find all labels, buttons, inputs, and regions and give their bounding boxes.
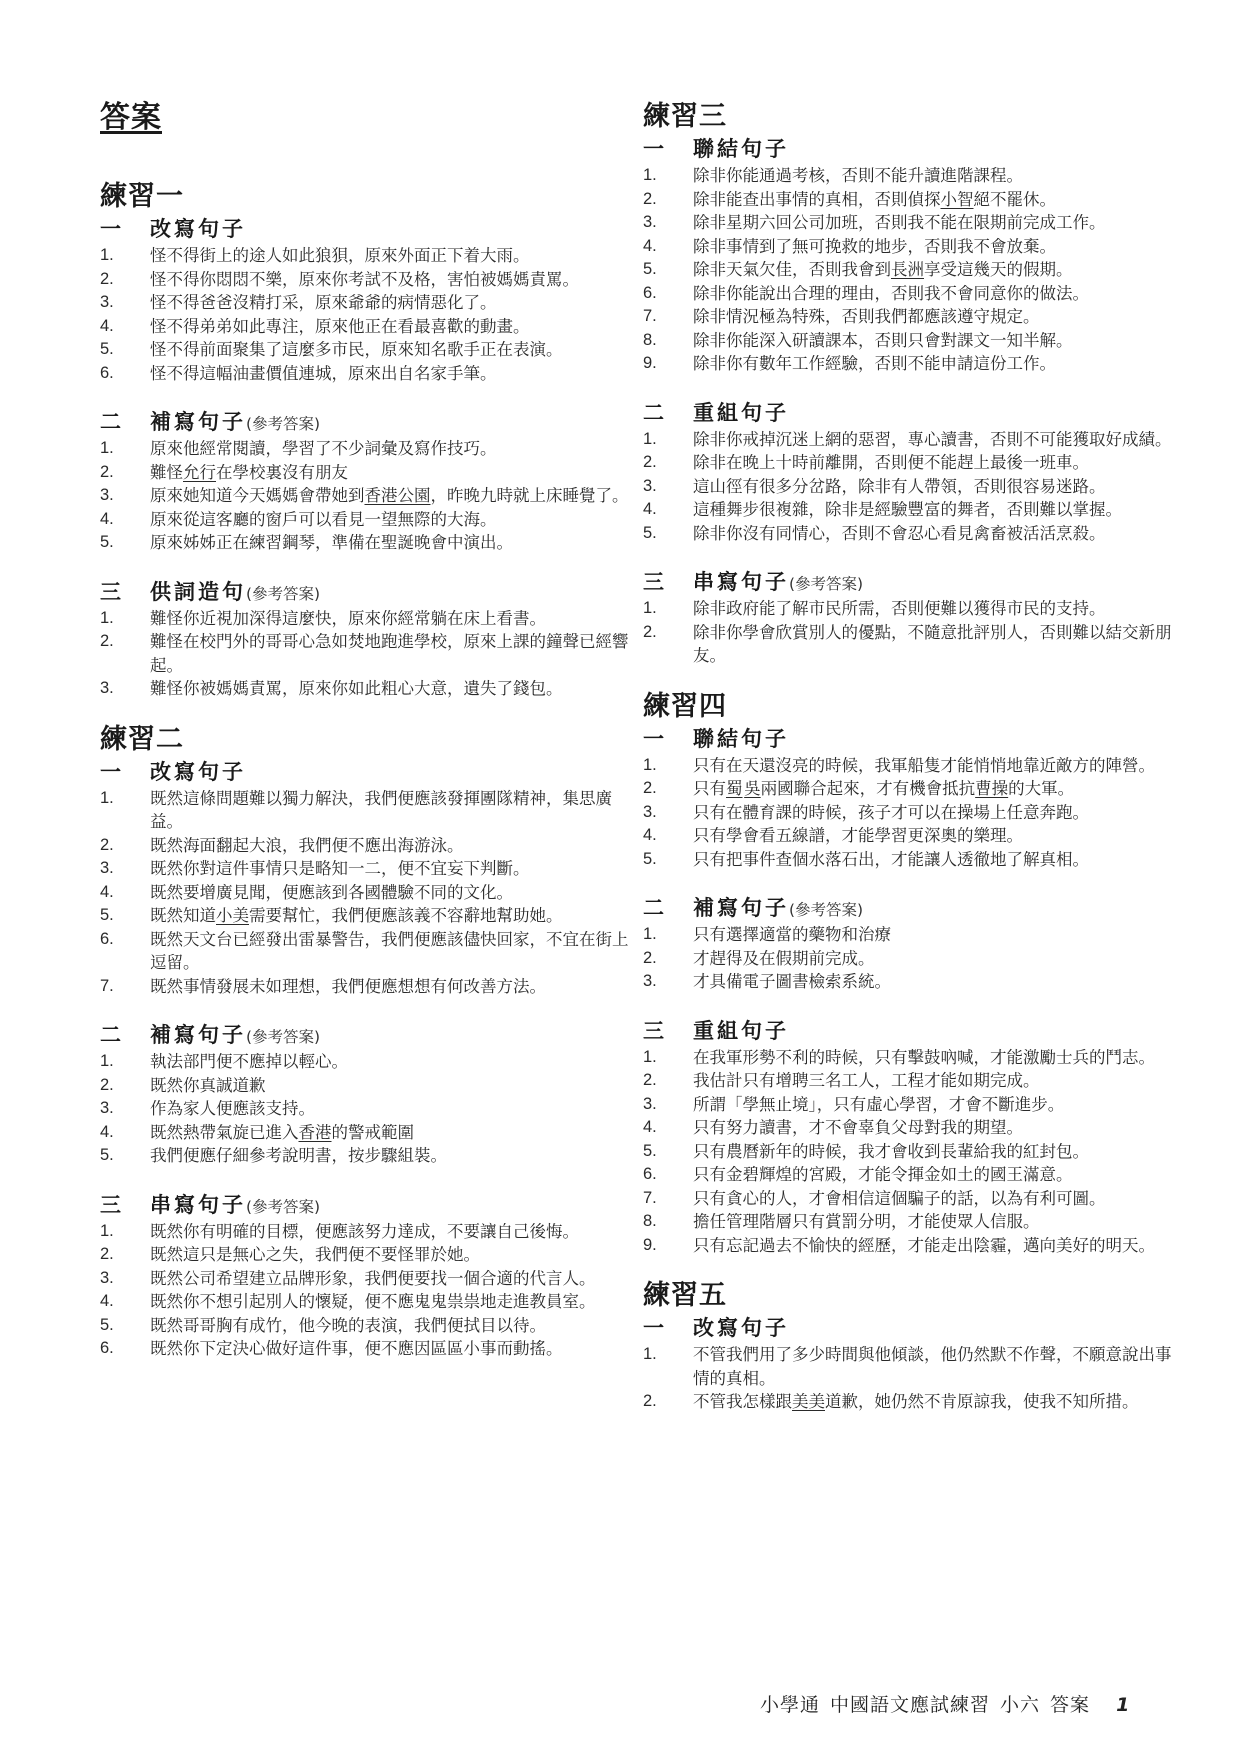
item-text: 只有學會看五線譜，才能學習更深奧的樂理。 bbox=[693, 824, 1173, 848]
answer-item: 5.只有把事件查個水落石出，才能讓人透徹地了解真相。 bbox=[643, 848, 1173, 872]
answer-item: 3.這山徑有很多分岔路，除非有人帶領，否則很容易迷路。 bbox=[643, 475, 1173, 499]
answer-item: 2.才趕得及在假期前完成。 bbox=[643, 947, 1173, 971]
item-text: 既然熱帶氣旋已進入香港的警戒範圍 bbox=[150, 1121, 630, 1145]
answer-item: 2.怪不得你悶悶不樂，原來你考試不及格，害怕被媽媽責罵。 bbox=[100, 268, 630, 292]
item-text: 怪不得街上的途人如此狼狽，原來外面正下着大雨。 bbox=[150, 244, 630, 268]
item-number: 6. bbox=[643, 282, 693, 306]
item-text: 原來姊姊正在練習鋼琴，準備在聖誕晚會中演出。 bbox=[150, 531, 630, 555]
section-title-text: 串寫句子 bbox=[150, 1193, 246, 1217]
answer-item: 1.不管我們用了多少時間與他傾談，他仍然默不作聲，不願意說出事情的真相。 bbox=[643, 1343, 1173, 1390]
section-title-text: 補寫句子 bbox=[150, 410, 246, 434]
answer-item: 6.既然你下定決心做好這件事，便不應因區區小事而動搖。 bbox=[100, 1337, 630, 1361]
section-complete: 二 補寫句子(參考答案) 1.原來他經常閱讀，學習了不少詞彙及寫作技巧。 2.難… bbox=[100, 407, 630, 555]
section-heading: 三 重組句子 bbox=[643, 1016, 1173, 1046]
section-title-text: 補寫句子 bbox=[693, 896, 789, 920]
section-heading: 三 串寫句子(參考答案) bbox=[100, 1190, 630, 1220]
answer-item: 1.原來他經常閱讀，學習了不少詞彙及寫作技巧。 bbox=[100, 437, 630, 461]
item-text: 不管我怎樣跟美美道歉，她仍然不肯原諒我，使我不知所措。 bbox=[693, 1390, 1173, 1414]
item-number: 3. bbox=[643, 1093, 693, 1117]
item-number: 1. bbox=[100, 244, 150, 268]
answer-list: 1.只有選擇適當的藥物和治療 2.才趕得及在假期前完成。 3.才具備電子圖書檢索… bbox=[643, 923, 1173, 994]
section-rewrite: 一 改寫句子 1.不管我們用了多少時間與他傾談，他仍然默不作聲，不願意說出事情的… bbox=[643, 1313, 1173, 1414]
answer-item: 1.難怪你近視加深得這麼快，原來你經常躺在床上看書。 bbox=[100, 607, 630, 631]
item-number: 3. bbox=[643, 475, 693, 499]
item-text: 既然你下定決心做好這件事，便不應因區區小事而動搖。 bbox=[150, 1337, 630, 1361]
answer-item: 2.既然這只是無心之失，我們便不要怪罪於她。 bbox=[100, 1243, 630, 1267]
item-text: 只有把事件查個水落石出，才能讓人透徹地了解真相。 bbox=[693, 848, 1173, 872]
reference-note: (參考答案) bbox=[246, 1198, 320, 1216]
item-number: 4. bbox=[100, 1290, 150, 1314]
proper-noun: 吳 bbox=[744, 779, 761, 798]
item-text: 除非政府能了解市民所需，否則便難以獲得市民的支持。 bbox=[693, 597, 1173, 621]
answer-item: 1.在我軍形勢不利的時候，只有擊鼓吶喊，才能激勵士兵的鬥志。 bbox=[643, 1046, 1173, 1070]
item-number: 6. bbox=[100, 1337, 150, 1361]
answer-item: 1.執法部門便不應掉以輕心。 bbox=[100, 1050, 630, 1074]
item-number: 4. bbox=[643, 498, 693, 522]
answer-list: 1.只有在天還沒亮的時候，我軍船隻才能悄悄地靠近敵方的陣營。 2.只有蜀 吳兩國… bbox=[643, 754, 1173, 872]
item-number: 1. bbox=[100, 437, 150, 461]
answer-item: 3.作為家人便應該支持。 bbox=[100, 1097, 630, 1121]
item-number: 1. bbox=[643, 1046, 693, 1070]
answer-item: 7.只有貪心的人，才會相信這個騙子的話，以為有利可圖。 bbox=[643, 1187, 1173, 1211]
item-number: 3. bbox=[100, 1267, 150, 1291]
answer-item: 1.除非你戒掉沉迷上網的惡習，專心讀書，否則不可能獲取好成績。 bbox=[643, 428, 1173, 452]
item-text: 只有在天還沒亮的時候，我軍船隻才能悄悄地靠近敵方的陣營。 bbox=[693, 754, 1173, 778]
section-make-sentences: 三 供詞造句(參考答案) 1.難怪你近視加深得這麼快，原來你經常躺在床上看書。 … bbox=[100, 577, 630, 701]
item-text: 既然哥哥胸有成竹，他今晚的表演，我們便拭目以待。 bbox=[150, 1314, 630, 1338]
item-text: 既然這只是無心之失，我們便不要怪罪於她。 bbox=[150, 1243, 630, 1267]
footer-grade: 小六 bbox=[1000, 1690, 1040, 1717]
item-text: 既然天文台已經發出雷暴警告，我們便應該儘快回家，不宜在街上逗留。 bbox=[150, 928, 630, 975]
item-number: 5. bbox=[643, 258, 693, 282]
section-complete: 二 補寫句子(參考答案) 1.只有選擇適當的藥物和治療 2.才趕得及在假期前完成… bbox=[643, 893, 1173, 994]
item-text: 既然你對這件事情只是略知一二，便不宜妄下判斷。 bbox=[150, 857, 630, 881]
answer-item: 2.只有蜀 吳兩國聯合起來，才有機會抵抗曹操的大軍。 bbox=[643, 777, 1173, 801]
answer-item: 1.除非政府能了解市民所需，否則便難以獲得市民的支持。 bbox=[643, 597, 1173, 621]
section-number: 三 bbox=[100, 577, 150, 607]
section-number: 一 bbox=[643, 1313, 693, 1343]
answer-item: 5.既然知道小美需要幫忙，我們便應該義不容辭地幫助她。 bbox=[100, 904, 630, 928]
item-text: 我估計只有增聘三名工人，工程才能如期完成。 bbox=[693, 1069, 1173, 1093]
item-number: 2. bbox=[100, 1243, 150, 1267]
answer-item: 1.既然你有明確的目標，便應該努力達成，不要讓自己後悔。 bbox=[100, 1220, 630, 1244]
item-text: 擔任管理階層只有賞罰分明，才能使眾人信服。 bbox=[693, 1210, 1173, 1234]
section-link-sentences: 一 聯結句子 1.除非你能通過考核，否則不能升讀進階課程。 2.除非能查出事情的… bbox=[643, 134, 1173, 376]
exercise-title: 練習一 bbox=[100, 180, 630, 214]
answer-list: 1.難怪你近視加深得這麼快，原來你經常躺在床上看書。 2.難怪在校門外的哥哥心急… bbox=[100, 607, 630, 701]
item-text: 只有努力讀書，才不會辜負父母對我的期望。 bbox=[693, 1116, 1173, 1140]
answer-item: 2.既然海面翻起大浪，我們便不應出海游泳。 bbox=[100, 834, 630, 858]
item-text: 怪不得你悶悶不樂，原來你考試不及格，害怕被媽媽責罵。 bbox=[150, 268, 630, 292]
footer-series: 小學通 bbox=[760, 1690, 820, 1717]
item-text: 只有農曆新年的時候，我才會收到長輩給我的紅封包。 bbox=[693, 1140, 1173, 1164]
section-number: 一 bbox=[100, 214, 150, 244]
item-text: 怪不得這幅油畫價值連城，原來出自名家手筆。 bbox=[150, 362, 630, 386]
section-title: 串寫句子(參考答案) bbox=[693, 567, 863, 599]
page-number: 1 bbox=[1116, 1694, 1130, 1716]
item-number: 3. bbox=[643, 211, 693, 235]
page-title: 答案 bbox=[100, 100, 630, 136]
item-number: 4. bbox=[100, 1121, 150, 1145]
answer-item: 1.只有在天還沒亮的時候，我軍船隻才能悄悄地靠近敵方的陣營。 bbox=[643, 754, 1173, 778]
exercise-1: 練習一 一 改寫句子 1.怪不得街上的途人如此狼狽，原來外面正下着大雨。 2.怪… bbox=[100, 180, 630, 701]
reference-note: (參考答案) bbox=[789, 901, 863, 919]
section-number: 三 bbox=[643, 1016, 693, 1046]
item-text: 既然你真誠道歉 bbox=[150, 1074, 630, 1098]
item-number: 8. bbox=[643, 329, 693, 353]
item-text: 除非你有數年工作經驗，否則不能申請這份工作。 bbox=[693, 352, 1173, 376]
item-text: 既然要增廣見聞，便應該到各國體驗不同的文化。 bbox=[150, 881, 630, 905]
section-number: 一 bbox=[100, 757, 150, 787]
item-text: 難怪你近視加深得這麼快，原來你經常躺在床上看書。 bbox=[150, 607, 630, 631]
proper-noun: 長洲 bbox=[891, 260, 924, 279]
answer-item: 4.只有努力讀書，才不會辜負父母對我的期望。 bbox=[643, 1116, 1173, 1140]
footer-book-title: 中國語文應試練習 bbox=[830, 1690, 990, 1717]
answer-item: 9.除非你有數年工作經驗，否則不能申請這份工作。 bbox=[643, 352, 1173, 376]
answer-item: 5.原來姊姊正在練習鋼琴，準備在聖誕晚會中演出。 bbox=[100, 531, 630, 555]
item-number: 1. bbox=[643, 597, 693, 621]
section-heading: 二 補寫句子(參考答案) bbox=[643, 893, 1173, 923]
section-title-text: 供詞造句 bbox=[150, 580, 246, 604]
answer-item: 3.所謂「學無止境」，只有虛心學習，才會不斷進步。 bbox=[643, 1093, 1173, 1117]
section-heading: 二 重組句子 bbox=[643, 398, 1173, 428]
section-title: 改寫句子 bbox=[150, 214, 246, 244]
section-heading: 一 改寫句子 bbox=[100, 757, 630, 787]
exercise-3: 練習三 一 聯結句子 1.除非你能通過考核，否則不能升讀進階課程。 2.除非能查… bbox=[643, 100, 1173, 668]
proper-noun: 小智 bbox=[941, 190, 974, 209]
answer-list: 1.原來他經常閱讀，學習了不少詞彙及寫作技巧。 2.難怪允行在學校裏沒有朋友 3… bbox=[100, 437, 630, 555]
exercise-5: 練習五 一 改寫句子 1.不管我們用了多少時間與他傾談，他仍然默不作聲，不願意說… bbox=[643, 1279, 1173, 1414]
item-text: 除非能查出事情的真相，否則偵探小智絕不罷休。 bbox=[693, 188, 1173, 212]
section-heading: 二 補寫句子(參考答案) bbox=[100, 1020, 630, 1050]
item-text: 既然你有明確的目標，便應該努力達成，不要讓自己後悔。 bbox=[150, 1220, 630, 1244]
answer-item: 4.既然熱帶氣旋已進入香港的警戒範圍 bbox=[100, 1121, 630, 1145]
answer-list: 1.不管我們用了多少時間與他傾談，他仍然默不作聲，不願意說出事情的真相。 2.不… bbox=[643, 1343, 1173, 1414]
item-number: 3. bbox=[100, 857, 150, 881]
answer-item: 4.原來從這客廳的窗戶可以看見一望無際的大海。 bbox=[100, 508, 630, 532]
item-number: 4. bbox=[100, 881, 150, 905]
answer-item: 3.除非星期六回公司加班，否則我不能在限期前完成工作。 bbox=[643, 211, 1173, 235]
answer-item: 4.除非事情到了無可挽救的地步，否則我不會放棄。 bbox=[643, 235, 1173, 259]
item-text: 怪不得前面聚集了這麼多市民，原來知名歌手正在表演。 bbox=[150, 338, 630, 362]
item-number: 3. bbox=[643, 801, 693, 825]
item-number: 6. bbox=[100, 362, 150, 386]
answer-item: 3.難怪你被媽媽責罵，原來你如此粗心大意，遺失了錢包。 bbox=[100, 677, 630, 701]
item-number: 4. bbox=[100, 508, 150, 532]
proper-noun: 小美 bbox=[216, 906, 249, 925]
answer-item: 5.我們便應仔細參考說明書，按步驟組裝。 bbox=[100, 1144, 630, 1168]
item-text: 除非你能說出合理的理由，否則我不會同意你的做法。 bbox=[693, 282, 1173, 306]
section-combine-write: 三 串寫句子(參考答案) 1.既然你有明確的目標，便應該努力達成，不要讓自己後悔… bbox=[100, 1190, 630, 1361]
item-number: 1. bbox=[643, 1343, 693, 1390]
item-text: 除非你學會欣賞別人的優點，不隨意批評別人，否則難以結交新朋友。 bbox=[693, 621, 1173, 668]
item-text: 這種舞步很複雜，除非是經驗豐富的舞者，否則難以掌握。 bbox=[693, 498, 1173, 522]
section-title: 聯結句子 bbox=[693, 134, 789, 164]
item-text: 除非你能深入研讀課本，否則只會對課文一知半解。 bbox=[693, 329, 1173, 353]
item-text: 既然海面翻起大浪，我們便不應出海游泳。 bbox=[150, 834, 630, 858]
section-number: 二 bbox=[100, 407, 150, 437]
exercise-title: 練習二 bbox=[100, 723, 630, 757]
answer-item: 2.不管我怎樣跟美美道歉，她仍然不肯原諒我，使我不知所措。 bbox=[643, 1390, 1173, 1414]
item-number: 8. bbox=[643, 1210, 693, 1234]
item-number: 1. bbox=[100, 607, 150, 631]
item-text: 只有選擇適當的藥物和治療 bbox=[693, 923, 1173, 947]
item-number: 1. bbox=[643, 754, 693, 778]
answer-item: 2.難怪允行在學校裏沒有朋友 bbox=[100, 461, 630, 485]
item-text: 難怪在校門外的哥哥心急如焚地跑進學校，原來上課的鐘聲已經響起。 bbox=[150, 630, 630, 677]
answer-item: 3.怪不得爸爸沒精打采，原來爺爺的病情惡化了。 bbox=[100, 291, 630, 315]
section-number: 一 bbox=[643, 724, 693, 754]
item-number: 9. bbox=[643, 1234, 693, 1258]
item-text: 原來她知道今天媽媽會帶她到香港公園，昨晚九時就上床睡覺了。 bbox=[150, 484, 630, 508]
proper-noun: 香港公園 bbox=[365, 486, 431, 505]
item-number: 4. bbox=[100, 315, 150, 339]
exercise-2: 練習二 一 改寫句子 1.既然這條問題難以獨力解決，我們便應該發揮團隊精神，集思… bbox=[100, 723, 630, 1361]
item-text: 除非在晚上十時前離開，否則便不能趕上最後一班車。 bbox=[693, 451, 1173, 475]
answer-item: 3.才具備電子圖書檢索系統。 bbox=[643, 970, 1173, 994]
reference-note: (參考答案) bbox=[789, 575, 863, 593]
answer-item: 1.既然這條問題難以獨力解決，我們便應該發揮團隊精神，集思廣益。 bbox=[100, 787, 630, 834]
answer-item: 1.除非你能通過考核，否則不能升讀進階課程。 bbox=[643, 164, 1173, 188]
proper-noun: 蜀 bbox=[726, 779, 743, 798]
item-number: 1. bbox=[643, 428, 693, 452]
section-title: 重組句子 bbox=[693, 1016, 789, 1046]
section-heading: 一 聯結句子 bbox=[643, 724, 1173, 754]
section-heading: 一 改寫句子 bbox=[643, 1313, 1173, 1343]
answer-item: 1.怪不得街上的途人如此狼狽，原來外面正下着大雨。 bbox=[100, 244, 630, 268]
section-title: 改寫句子 bbox=[150, 757, 246, 787]
item-number: 3. bbox=[100, 677, 150, 701]
item-number: 1. bbox=[100, 787, 150, 834]
item-number: 4. bbox=[643, 824, 693, 848]
item-number: 1. bbox=[100, 1050, 150, 1074]
answer-item: 3.原來她知道今天媽媽會帶她到香港公園，昨晚九時就上床睡覺了。 bbox=[100, 484, 630, 508]
section-number: 二 bbox=[643, 398, 693, 428]
answer-item: 9.只有忘記過去不愉快的經歷，才能走出陰霾，邁向美好的明天。 bbox=[643, 1234, 1173, 1258]
item-text: 除非你能通過考核，否則不能升讀進階課程。 bbox=[693, 164, 1173, 188]
exercise-title: 練習三 bbox=[643, 100, 1173, 134]
section-heading: 三 串寫句子(參考答案) bbox=[643, 567, 1173, 597]
item-number: 1. bbox=[100, 1220, 150, 1244]
answer-item: 5.怪不得前面聚集了這麼多市民，原來知名歌手正在表演。 bbox=[100, 338, 630, 362]
item-text: 既然你不想引起別人的懷疑，便不應鬼鬼祟祟地走進教員室。 bbox=[150, 1290, 630, 1314]
item-number: 5. bbox=[643, 522, 693, 546]
section-number: 二 bbox=[100, 1020, 150, 1050]
answer-item: 5.既然哥哥胸有成竹，他今晚的表演，我們便拭目以待。 bbox=[100, 1314, 630, 1338]
item-text: 作為家人便應該支持。 bbox=[150, 1097, 630, 1121]
section-link-sentences: 一 聯結句子 1.只有在天還沒亮的時候，我軍船隻才能悄悄地靠近敵方的陣營。 2.… bbox=[643, 724, 1173, 872]
item-text: 既然公司希望建立品牌形象，我們便要找一個合適的代言人。 bbox=[150, 1267, 630, 1291]
section-title-text: 串寫句子 bbox=[693, 570, 789, 594]
item-text: 原來從這客廳的窗戶可以看見一望無際的大海。 bbox=[150, 508, 630, 532]
item-number: 5. bbox=[100, 1144, 150, 1168]
section-title: 補寫句子(參考答案) bbox=[693, 893, 863, 925]
reference-note: (參考答案) bbox=[246, 585, 320, 603]
answer-item: 5.只有農曆新年的時候，我才會收到長輩給我的紅封包。 bbox=[643, 1140, 1173, 1164]
answer-item: 2.除非在晚上十時前離開，否則便不能趕上最後一班車。 bbox=[643, 451, 1173, 475]
item-text: 只有貪心的人，才會相信這個騙子的話，以為有利可圖。 bbox=[693, 1187, 1173, 1211]
item-text: 怪不得弟弟如此專注，原來他正在看最喜歡的動畫。 bbox=[150, 315, 630, 339]
answer-item: 3.只有在體育課的時候，孩子才可以在操場上任意奔跑。 bbox=[643, 801, 1173, 825]
section-heading: 三 供詞造句(參考答案) bbox=[100, 577, 630, 607]
item-number: 5. bbox=[100, 904, 150, 928]
answer-item: 3.既然公司希望建立品牌形象，我們便要找一個合適的代言人。 bbox=[100, 1267, 630, 1291]
section-rewrite: 一 改寫句子 1.既然這條問題難以獨力解決，我們便應該發揮團隊精神，集思廣益。 … bbox=[100, 757, 630, 999]
answer-item: 8.除非你能深入研讀課本，否則只會對課文一知半解。 bbox=[643, 329, 1173, 353]
section-number: 一 bbox=[643, 134, 693, 164]
answer-item: 6.怪不得這幅油畫價值連城，原來出自名家手筆。 bbox=[100, 362, 630, 386]
item-number: 3. bbox=[100, 484, 150, 508]
answer-item: 7.既然事情發展未如理想，我們便應想想有何改善方法。 bbox=[100, 975, 630, 999]
answer-item: 3.既然你對這件事情只是略知一二，便不宜妄下判斷。 bbox=[100, 857, 630, 881]
item-number: 2. bbox=[643, 621, 693, 668]
section-title: 供詞造句(參考答案) bbox=[150, 577, 320, 609]
item-text: 既然這條問題難以獨力解決，我們便應該發揮團隊精神，集思廣益。 bbox=[150, 787, 630, 834]
item-text: 才趕得及在假期前完成。 bbox=[693, 947, 1173, 971]
section-title: 補寫句子(參考答案) bbox=[150, 1020, 320, 1052]
item-text: 既然事情發展未如理想，我們便應想想有何改善方法。 bbox=[150, 975, 630, 999]
item-number: 4. bbox=[643, 1116, 693, 1140]
answer-item: 4.既然要增廣見聞，便應該到各國體驗不同的文化。 bbox=[100, 881, 630, 905]
item-text: 除非天氣欠佳，否則我會到長洲享受這幾天的假期。 bbox=[693, 258, 1173, 282]
section-title: 改寫句子 bbox=[693, 1313, 789, 1343]
item-number: 7. bbox=[643, 1187, 693, 1211]
answer-item: 2.除非能查出事情的真相，否則偵探小智絕不罷休。 bbox=[643, 188, 1173, 212]
item-number: 2. bbox=[100, 1074, 150, 1098]
item-number: 2. bbox=[100, 268, 150, 292]
item-text: 只有在體育課的時候，孩子才可以在操場上任意奔跑。 bbox=[693, 801, 1173, 825]
item-text: 除非你沒有同情心，否則不會忍心看見禽畜被活活烹殺。 bbox=[693, 522, 1173, 546]
answer-item: 6.除非你能說出合理的理由，否則我不會同意你的做法。 bbox=[643, 282, 1173, 306]
answer-item: 5.除非天氣欠佳，否則我會到長洲享受這幾天的假期。 bbox=[643, 258, 1173, 282]
item-number: 2. bbox=[643, 1390, 693, 1414]
item-number: 2. bbox=[643, 451, 693, 475]
item-text: 難怪允行在學校裏沒有朋友 bbox=[150, 461, 630, 485]
answer-item: 6.既然天文台已經發出雷暴警告，我們便應該儘快回家，不宜在街上逗留。 bbox=[100, 928, 630, 975]
exercise-4: 練習四 一 聯結句子 1.只有在天還沒亮的時候，我軍船隻才能悄悄地靠近敵方的陣營… bbox=[643, 690, 1173, 1258]
section-reorder: 三 重組句子 1.在我軍形勢不利的時候，只有擊鼓吶喊，才能激勵士兵的鬥志。 2.… bbox=[643, 1016, 1173, 1258]
section-title: 補寫句子(參考答案) bbox=[150, 407, 320, 439]
section-complete: 二 補寫句子(參考答案) 1.執法部門便不應掉以輕心。 2.既然你真誠道歉 3.… bbox=[100, 1020, 630, 1168]
left-column: 答案 練習一 一 改寫句子 1.怪不得街上的途人如此狼狽，原來外面正下着大雨。 … bbox=[100, 100, 630, 1383]
item-number: 7. bbox=[100, 975, 150, 999]
item-number: 2. bbox=[643, 1069, 693, 1093]
item-number: 3. bbox=[100, 291, 150, 315]
answer-item: 2.除非你學會欣賞別人的優點，不隨意批評別人，否則難以結交新朋友。 bbox=[643, 621, 1173, 668]
answer-item: 2.既然你真誠道歉 bbox=[100, 1074, 630, 1098]
section-combine-write: 三 串寫句子(參考答案) 1.除非政府能了解市民所需，否則便難以獲得市民的支持。… bbox=[643, 567, 1173, 668]
item-number: 7. bbox=[643, 305, 693, 329]
item-text: 在我軍形勢不利的時候，只有擊鼓吶喊，才能激勵士兵的鬥志。 bbox=[693, 1046, 1173, 1070]
item-text: 只有金碧輝煌的宮殿，才能令揮金如土的國王滿意。 bbox=[693, 1163, 1173, 1187]
answer-item: 4.既然你不想引起別人的懷疑，便不應鬼鬼祟祟地走進教員室。 bbox=[100, 1290, 630, 1314]
answer-item: 5.除非你沒有同情心，否則不會忍心看見禽畜被活活烹殺。 bbox=[643, 522, 1173, 546]
item-text: 除非情況極為特殊，否則我們都應該遵守規定。 bbox=[693, 305, 1173, 329]
answer-list: 1.執法部門便不應掉以輕心。 2.既然你真誠道歉 3.作為家人便應該支持。 4.… bbox=[100, 1050, 630, 1168]
section-number: 三 bbox=[643, 567, 693, 597]
section-number: 二 bbox=[643, 893, 693, 923]
item-text: 既然知道小美需要幫忙，我們便應該義不容辭地幫助她。 bbox=[150, 904, 630, 928]
item-text: 難怪你被媽媽責罵，原來你如此粗心大意，遺失了錢包。 bbox=[150, 677, 630, 701]
item-number: 3. bbox=[643, 970, 693, 994]
item-number: 2. bbox=[643, 947, 693, 971]
item-number: 6. bbox=[643, 1163, 693, 1187]
item-text: 不管我們用了多少時間與他傾談，他仍然默不作聲，不願意說出事情的真相。 bbox=[693, 1343, 1173, 1390]
item-number: 9. bbox=[643, 352, 693, 376]
item-text: 所謂「學無止境」，只有虛心學習，才會不斷進步。 bbox=[693, 1093, 1173, 1117]
item-text: 只有忘記過去不愉快的經歷，才能走出陰霾，邁向美好的明天。 bbox=[693, 1234, 1173, 1258]
item-text: 我們便應仔細參考說明書，按步驟組裝。 bbox=[150, 1144, 630, 1168]
item-text: 才具備電子圖書檢索系統。 bbox=[693, 970, 1173, 994]
section-heading: 一 聯結句子 bbox=[643, 134, 1173, 164]
item-text: 原來他經常閱讀，學習了不少詞彙及寫作技巧。 bbox=[150, 437, 630, 461]
answer-list: 1.既然你有明確的目標，便應該努力達成，不要讓自己後悔。 2.既然這只是無心之失… bbox=[100, 1220, 630, 1361]
section-title: 串寫句子(參考答案) bbox=[150, 1190, 320, 1222]
section-title: 聯結句子 bbox=[693, 724, 789, 754]
answer-list: 1.除非政府能了解市民所需，否則便難以獲得市民的支持。 2.除非你學會欣賞別人的… bbox=[643, 597, 1173, 668]
item-text: 這山徑有很多分岔路，除非有人帶領，否則很容易迷路。 bbox=[693, 475, 1173, 499]
item-number: 5. bbox=[643, 848, 693, 872]
item-text: 只有蜀 吳兩國聯合起來，才有機會抵抗曹操的大軍。 bbox=[693, 777, 1173, 801]
page-footer: 小學通 中國語文應試練習 小六 答案 1 bbox=[760, 1690, 1130, 1717]
answer-item: 4.怪不得弟弟如此專注，原來他正在看最喜歡的動畫。 bbox=[100, 315, 630, 339]
item-number: 5. bbox=[100, 338, 150, 362]
proper-noun: 美美 bbox=[792, 1392, 825, 1411]
item-number: 3. bbox=[100, 1097, 150, 1121]
answer-item: 2.難怪在校門外的哥哥心急如焚地跑進學校，原來上課的鐘聲已經響起。 bbox=[100, 630, 630, 677]
section-rewrite: 一 改寫句子 1.怪不得街上的途人如此狼狽，原來外面正下着大雨。 2.怪不得你悶… bbox=[100, 214, 630, 385]
section-heading: 二 補寫句子(參考答案) bbox=[100, 407, 630, 437]
item-number: 4. bbox=[643, 235, 693, 259]
reference-note: (參考答案) bbox=[246, 1028, 320, 1046]
reference-note: (參考答案) bbox=[246, 415, 320, 433]
section-title: 重組句子 bbox=[693, 398, 789, 428]
item-number: 2. bbox=[100, 630, 150, 677]
section-reorder: 二 重組句子 1.除非你戒掉沉迷上網的惡習，專心讀書，否則不可能獲取好成績。 2… bbox=[643, 398, 1173, 546]
item-text: 執法部門便不應掉以輕心。 bbox=[150, 1050, 630, 1074]
item-text: 怪不得爸爸沒精打采，原來爺爺的病情惡化了。 bbox=[150, 291, 630, 315]
item-number: 6. bbox=[100, 928, 150, 975]
exercise-title: 練習四 bbox=[643, 690, 1173, 724]
answer-item: 7.除非情況極為特殊，否則我們都應該遵守規定。 bbox=[643, 305, 1173, 329]
item-number: 5. bbox=[100, 531, 150, 555]
answer-item: 1.只有選擇適當的藥物和治療 bbox=[643, 923, 1173, 947]
answer-item: 4.這種舞步很複雜，除非是經驗豐富的舞者，否則難以掌握。 bbox=[643, 498, 1173, 522]
item-number: 5. bbox=[100, 1314, 150, 1338]
proper-noun: 允行 bbox=[183, 463, 216, 482]
answer-list: 1.除非你戒掉沉迷上網的惡習，專心讀書，否則不可能獲取好成績。 2.除非在晚上十… bbox=[643, 428, 1173, 546]
exercise-title: 練習五 bbox=[643, 1279, 1173, 1313]
section-heading: 一 改寫句子 bbox=[100, 214, 630, 244]
right-column: 練習三 一 聯結句子 1.除非你能通過考核，否則不能升讀進階課程。 2.除非能查… bbox=[643, 100, 1173, 1436]
item-text: 除非你戒掉沉迷上網的惡習，專心讀書，否則不可能獲取好成績。 bbox=[693, 428, 1173, 452]
item-number: 2. bbox=[100, 834, 150, 858]
proper-noun: 香港 bbox=[299, 1123, 332, 1142]
answer-item: 6.只有金碧輝煌的宮殿，才能令揮金如土的國王滿意。 bbox=[643, 1163, 1173, 1187]
section-number: 三 bbox=[100, 1190, 150, 1220]
answer-item: 4.只有學會看五線譜，才能學習更深奧的樂理。 bbox=[643, 824, 1173, 848]
answer-item: 8.擔任管理階層只有賞罰分明，才能使眾人信服。 bbox=[643, 1210, 1173, 1234]
item-text: 除非事情到了無可挽救的地步，否則我不會放棄。 bbox=[693, 235, 1173, 259]
item-number: 2. bbox=[100, 461, 150, 485]
item-number: 5. bbox=[643, 1140, 693, 1164]
item-text: 除非星期六回公司加班，否則我不能在限期前完成工作。 bbox=[693, 211, 1173, 235]
item-number: 2. bbox=[643, 777, 693, 801]
answer-list: 1.除非你能通過考核，否則不能升讀進階課程。 2.除非能查出事情的真相，否則偵探… bbox=[643, 164, 1173, 376]
proper-noun: 曹操 bbox=[975, 779, 1008, 798]
item-number: 2. bbox=[643, 188, 693, 212]
answer-list: 1.怪不得街上的途人如此狼狽，原來外面正下着大雨。 2.怪不得你悶悶不樂，原來你… bbox=[100, 244, 630, 385]
